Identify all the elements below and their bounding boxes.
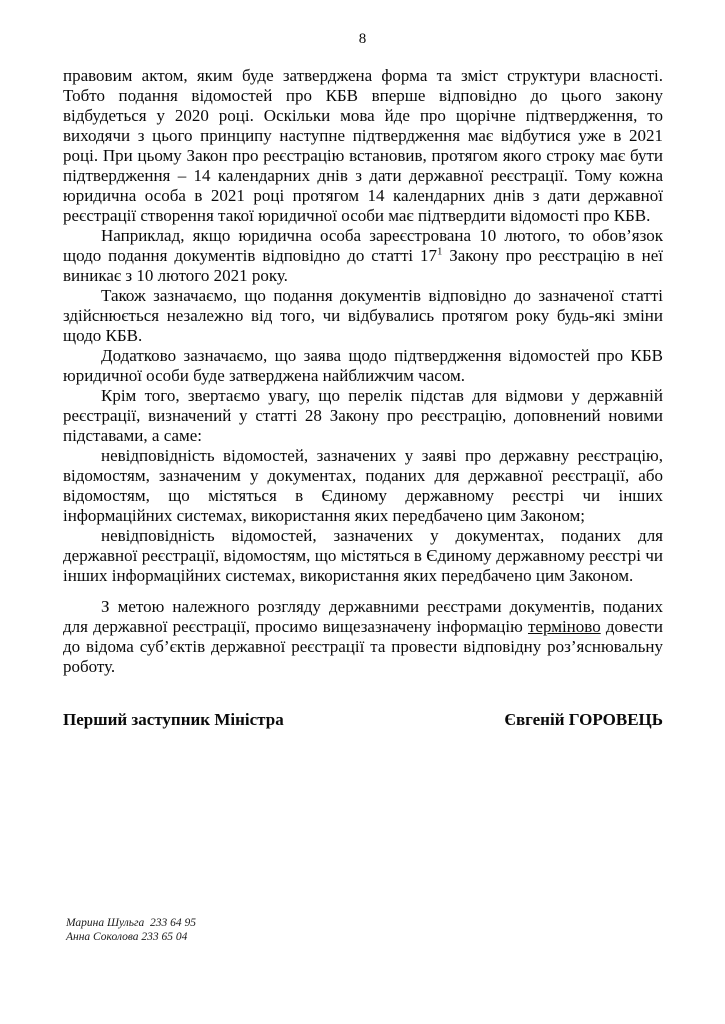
signature-name: Євгеній ГОРОВЕЦЬ [504, 710, 663, 730]
page-number: 8 [0, 0, 725, 47]
body-paragraph-2: Наприклад, якщо юридична особа зареєстро… [63, 226, 663, 286]
body-paragraph-4: Додатково зазначаємо, що заява щодо підт… [63, 346, 663, 386]
body-paragraph-3: Також зазначаємо, що подання документів … [63, 286, 663, 346]
footer-contacts: Марина Шульга 233 64 95 Анна Соколова 23… [66, 916, 196, 944]
body-paragraph-1: правовим актом, яким буде затверджена фо… [63, 66, 663, 226]
footer-contact-2: Анна Соколова 233 65 04 [66, 930, 196, 944]
document-body: правовим актом, яким буде затверджена фо… [63, 66, 663, 730]
body-paragraph-5: Крім того, звертаємо увагу, що перелік п… [63, 386, 663, 446]
body-paragraph-6: невідповідність відомостей, зазначених у… [63, 446, 663, 526]
body-paragraph-8: З метою належного розгляду державними ре… [63, 597, 663, 677]
body-paragraph-7: невідповідність відомостей, зазначених у… [63, 526, 663, 586]
signature-position: Перший заступник Міністра [63, 710, 284, 730]
footer-contact-1: Марина Шульга 233 64 95 [66, 916, 196, 930]
urgent-emphasis: терміново [528, 617, 601, 636]
document-page: 8 правовим актом, яким буде затверджена … [0, 0, 725, 1024]
signature-block: Перший заступник Міністра Євгеній ГОРОВЕ… [63, 710, 663, 730]
